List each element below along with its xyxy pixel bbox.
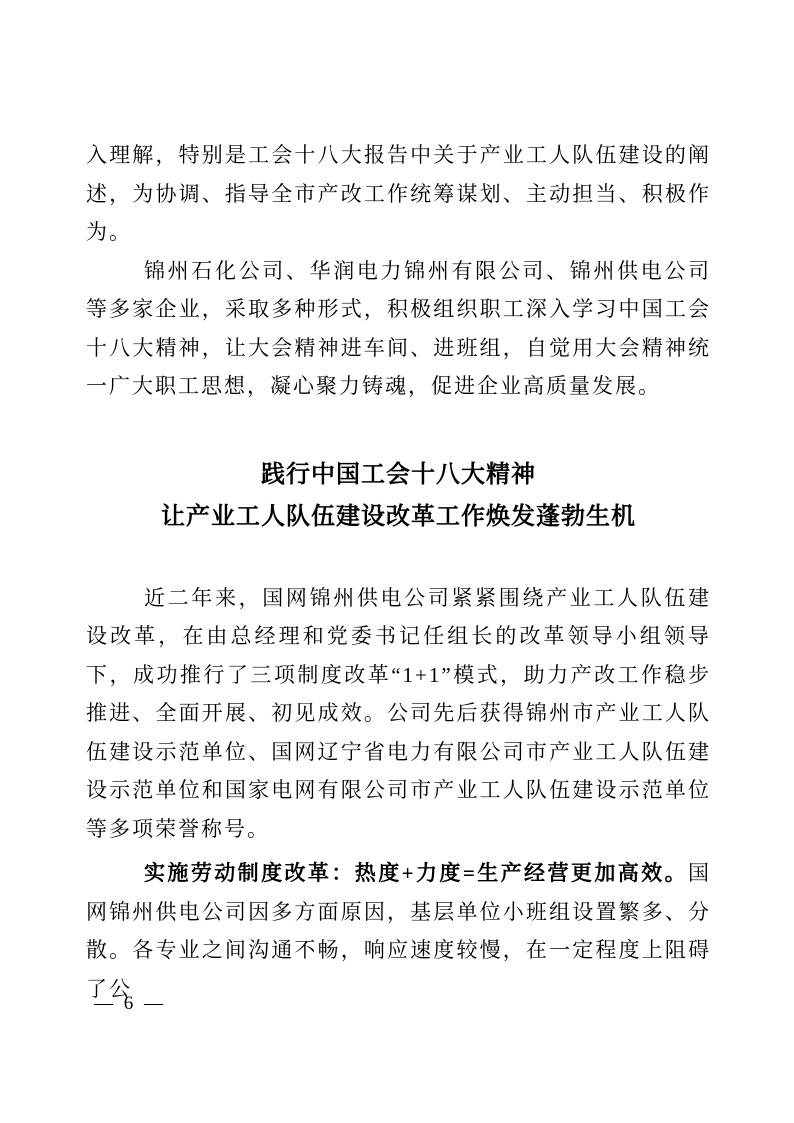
article-title: 践行中国工会十八大精神 让产业工人队伍建设改革工作焕发蓬勃生机	[86, 454, 711, 538]
article-title-line-2: 让产业工人队伍建设改革工作焕发蓬勃生机	[86, 496, 711, 538]
paragraph-enterprises: 锦州石化公司、华润电力锦州有限公司、锦州供电公司等多家企业，采取多种形式，积极组…	[86, 252, 711, 406]
paragraph-labor-reform: 实施劳动制度改革：热度+力度=生产经营更加高效。国网锦州供电公司因多方面原因，基…	[86, 854, 711, 1008]
article-title-line-1: 践行中国工会十八大精神	[86, 454, 711, 496]
paragraph-continued: 入理解，特别是工会十八大报告中关于产业工人队伍建设的阐述，为协调、指导全市产改工…	[86, 136, 711, 252]
paragraph-reform-overview: 近二年来，国网锦州供电公司紧紧围绕产业工人队伍建设改革，在由总经理和党委书记任组…	[86, 579, 711, 849]
document-page: 入理解，特别是工会十八大报告中关于产业工人队伍建设的阐述，为协调、指导全市产改工…	[0, 0, 794, 1123]
page-number: — 6 —	[94, 992, 166, 1016]
paragraph-lead-bold: 实施劳动制度改革：热度+力度=生产经营更加高效。	[144, 861, 688, 885]
document-body: 入理解，特别是工会十八大报告中关于产业工人队伍建设的阐述，为协调、指导全市产改工…	[86, 136, 711, 1008]
